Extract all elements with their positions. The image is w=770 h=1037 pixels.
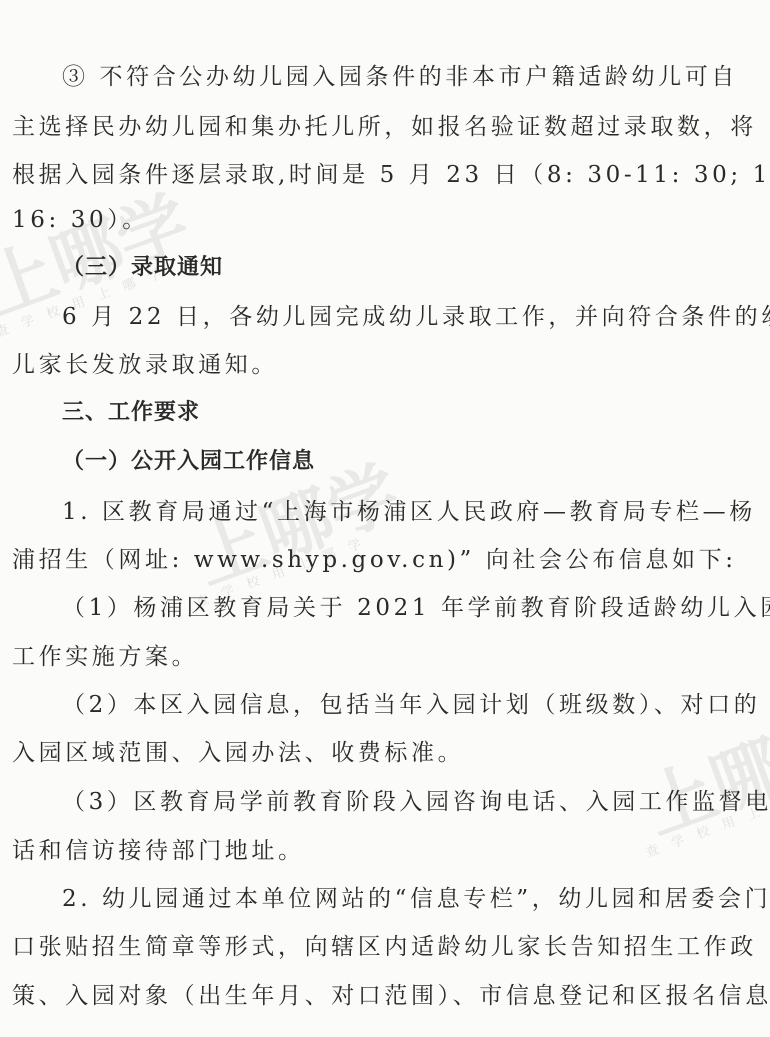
paragraph-line: 话和信访接待部门地址。 xyxy=(12,836,305,866)
paragraph-line: 入园区域范围、入园办法、收费标准。 xyxy=(12,738,464,768)
document-page: 上哪学 查学校用上哪学 上哪学 查学校用上哪学 上哪学 查学校用上哪学 ③ 不符… xyxy=(0,0,770,1037)
section-heading: （三）录取通知 xyxy=(62,253,223,283)
paragraph-line: 1. 区教育局通过“上海市杨浦区人民政府—教育局专栏—杨 xyxy=(62,497,756,527)
paragraph-line: 根据入园条件逐层录取,时间是 5 月 23 日（8: 30-11: 30; 13… xyxy=(12,160,770,190)
paragraph-line: 16: 30）。 xyxy=(12,205,149,235)
paragraph-line: 浦招生（网址: www.shyp.gov.cn)” 向社会公布信息如下: xyxy=(12,545,737,575)
paragraph-line: （1）杨浦区教育局关于 2021 年学前教育阶段适龄幼儿入园 xyxy=(62,593,770,623)
paragraph-line: 策、入园对象（出生年月、对口范围）、市信息登记和区报名信息 xyxy=(12,981,770,1011)
paragraph-line: （3）区教育局学前教育阶段入园咨询电话、入园工作监督电 xyxy=(62,787,770,817)
paragraph-line: 工作实施方案。 xyxy=(12,642,198,672)
paragraph-line: 6 月 22 日，各幼儿园完成幼儿录取工作，并向符合条件的幼 xyxy=(62,302,770,332)
section-heading: 三、工作要求 xyxy=(62,398,200,428)
paragraph-line: （2）本区入园信息，包括当年入园计划（班级数）、对口的 xyxy=(62,690,760,720)
paragraph-line: ③ 不符合公办幼儿园入园条件的非本市户籍适龄幼儿可自 xyxy=(62,62,738,92)
paragraph-line: 主选择民办幼儿园和集办托儿所，如报名验证数超过录取数，将 xyxy=(12,112,757,142)
paragraph-line: 口张贴招生简章等形式，向辖区内适龄幼儿家长告知招生工作政 xyxy=(12,932,757,962)
section-heading: （一）公开入园工作信息 xyxy=(62,447,315,477)
paragraph-line: 儿家长发放录取通知。 xyxy=(12,350,278,380)
paragraph-line: 2. 幼儿园通过本单位网站的“信息专栏”，幼儿园和居委会门 xyxy=(62,884,770,914)
